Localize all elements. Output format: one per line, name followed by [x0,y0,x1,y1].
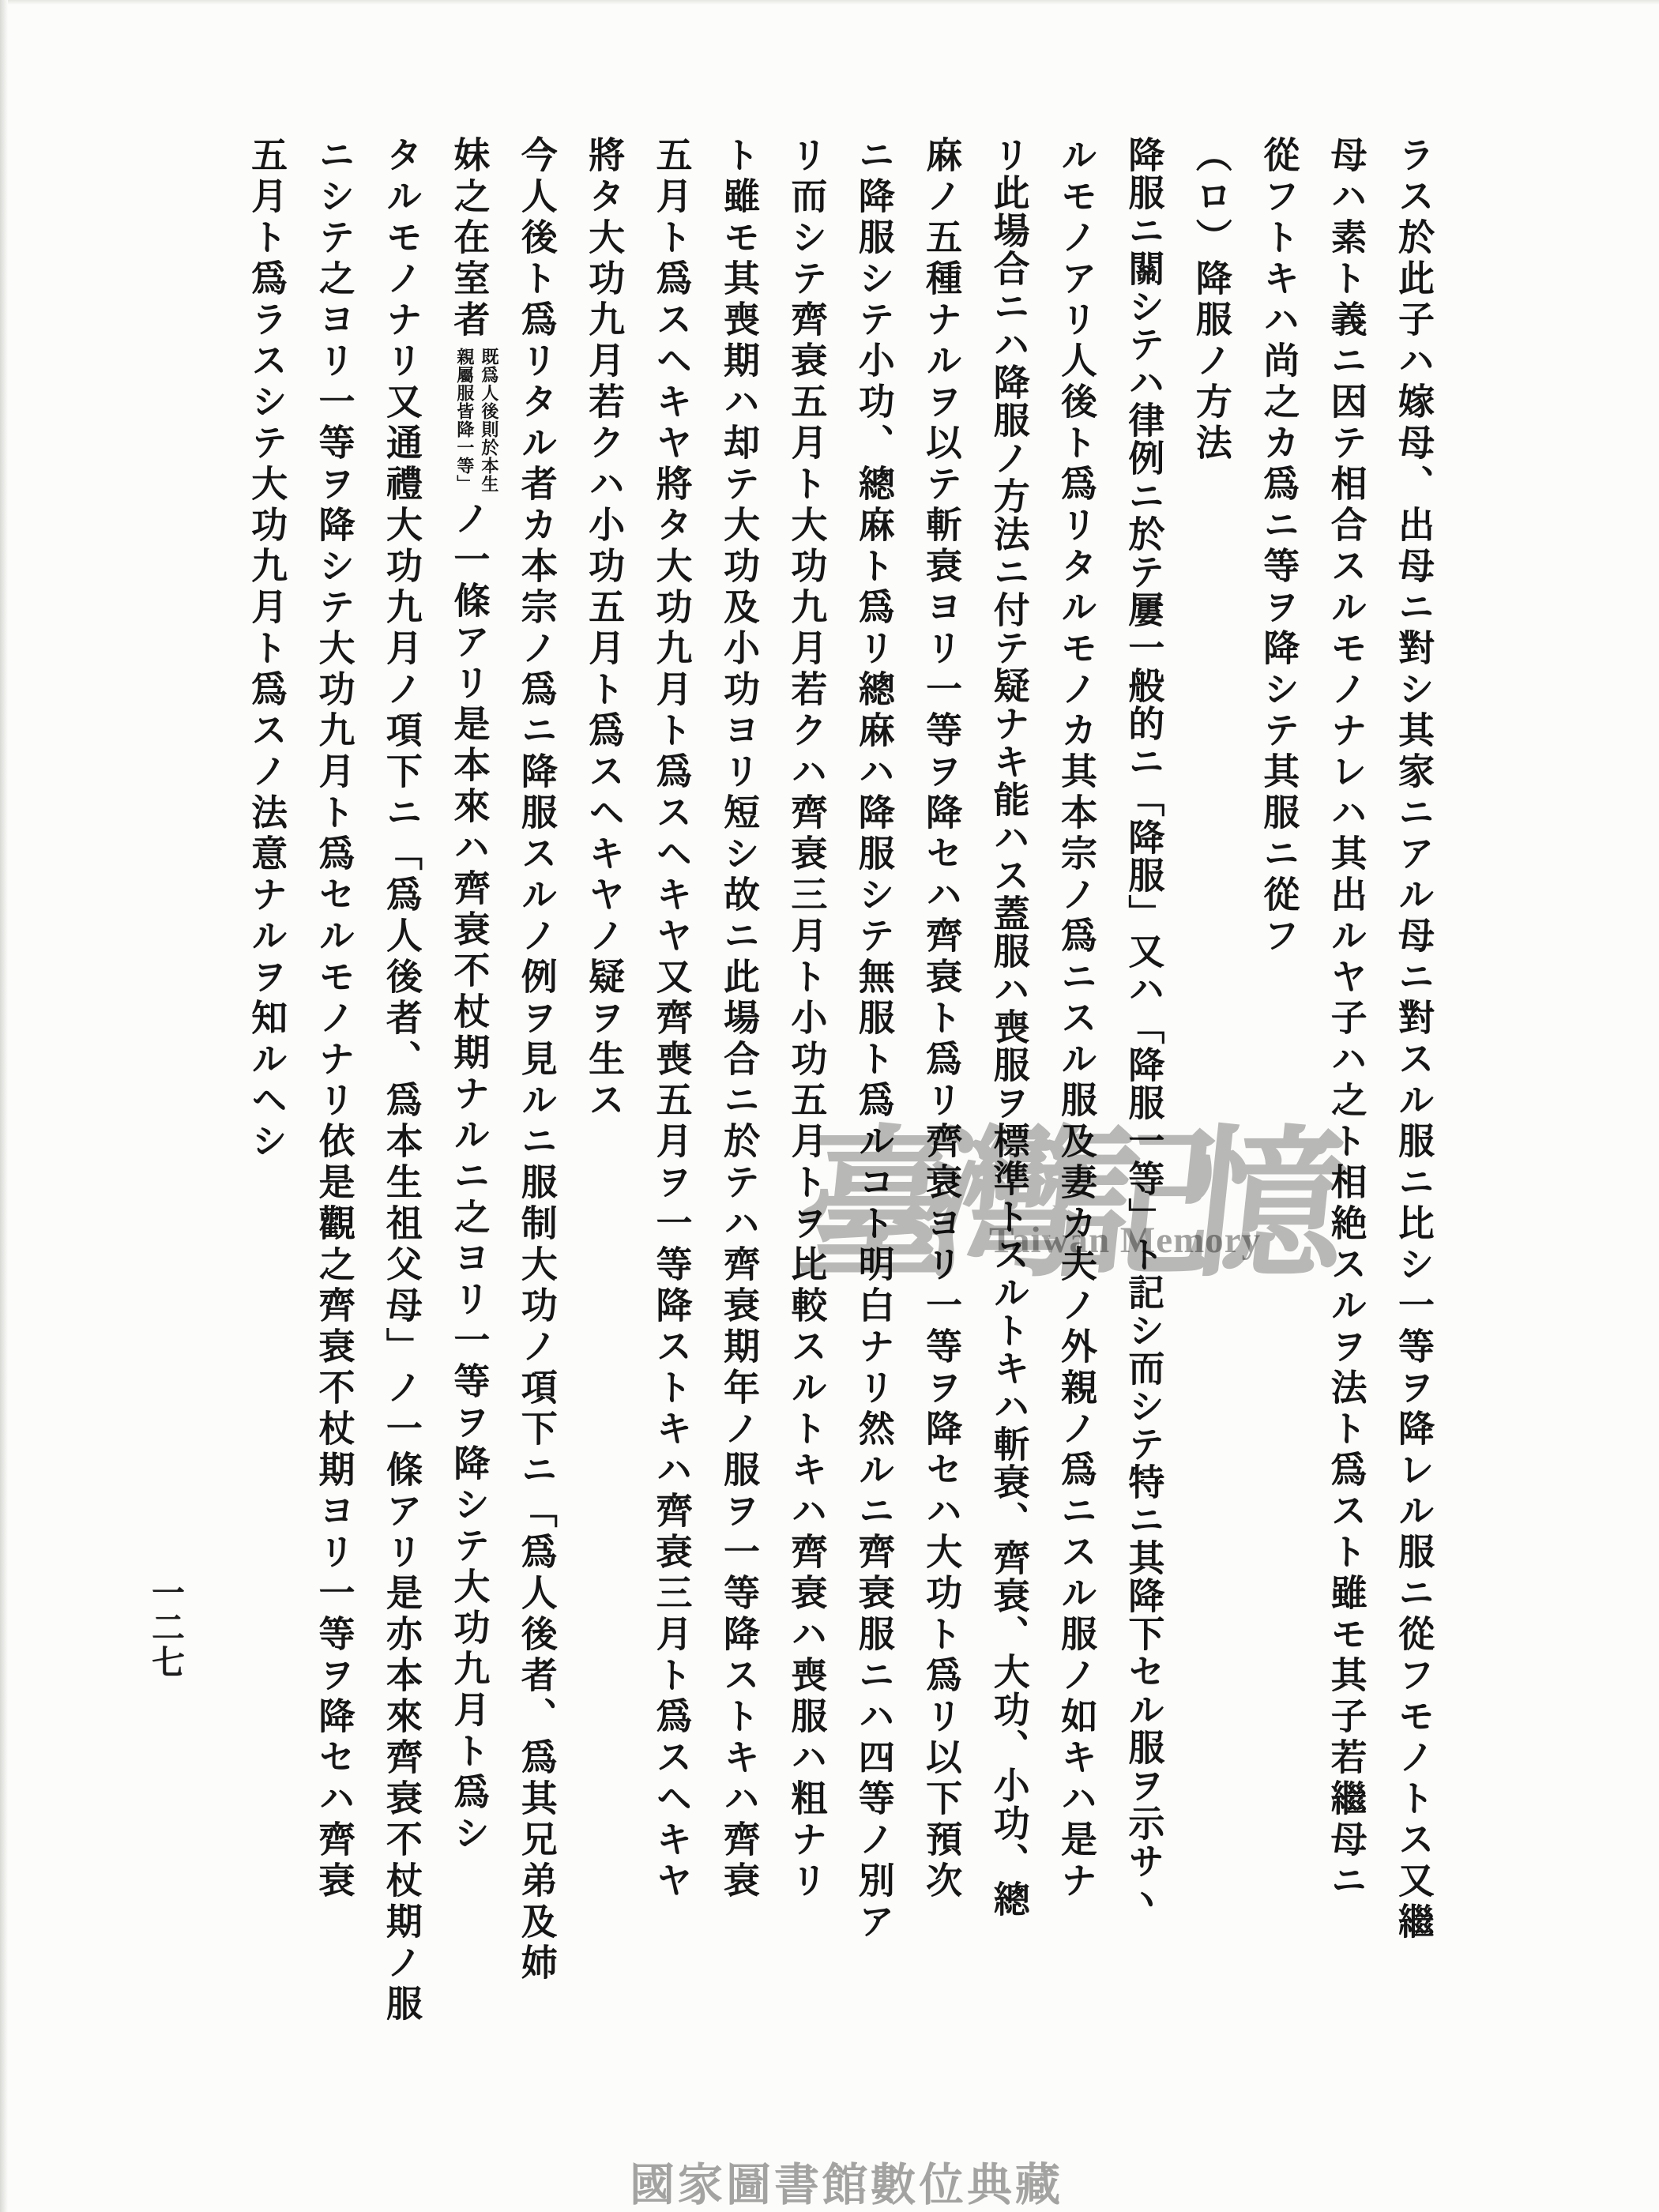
interlinear-note: 既爲人後則於本生親屬服皆降一等」 [453,348,502,493]
text-column-11: ト雖モ其喪期ハ却テ大功及小功ヨリ短シ故ニ此場合ニ於テハ齊衰期年ノ服ヲ一等降ストキ… [705,136,773,2123]
taiwan-memory-watermark-latin: Taiwan Memory [989,1219,1261,1262]
national-central-library-watermark: 國家圖書館數位典藏 [630,2149,1063,2212]
scan-edge-top [0,0,1659,5]
taiwan-memory-watermark-cjk: 臺灣記憶 [787,1074,1326,1307]
text-column-16: タルモノナリ又通禮大功九月ノ項下ニ「爲人後者、爲本生祖父母」ノ一條アリ是亦本來齊… [368,136,435,2123]
interlinear-note-line-2: 親屬服皆降一等」 [453,348,477,493]
column-15-post: ノ一條アリ是本來ハ齊衰不杖期ナルニ之ヨリ一等ヲ降シテ大功九月ト爲シ [449,499,489,1855]
page-number: 一二七 [147,1575,183,1680]
text-column-1: ラス於此子ハ嫁母、出母ニ對シ其家ニアル母ニ對スル服ニ比シ一等ヲ降レル服ニ從フモノ… [1380,136,1447,2123]
interlinear-note-line-1: 既爲人後則於本生 [477,348,502,493]
text-column-12: 五月ト爲スヘキヤ將タ大功九月ト爲スヘキヤ又齊喪五月ヲ一等降ストキハ齊衰三月ト爲ス… [638,136,705,2123]
text-column-18: 五月ト爲ラスシテ大功九月ト爲スノ法意ナルヲ知ルヘシ [233,136,300,2123]
scanned-page: ラス於此子ハ嫁母、出母ニ對シ其家ニアル母ニ對スル服ニ比シ一等ヲ降レル服ニ從フモノ… [0,0,1659,2212]
text-column-13: 將タ大功九月若クハ小功五月ト爲スヘキヤノ疑ヲ生ス [570,136,638,2123]
text-column-17: ニシテ之ヨリ一等ヲ降シテ大功九月ト爲セルモノナリ依是觀之齊衰不杖期ヨリ一等ヲ降セ… [300,136,367,2123]
scan-edge-left [0,0,8,2212]
text-column-15: 妹之在室者既爲人後則於本生親屬服皆降一等」ノ一條アリ是本來ハ齊衰不杖期ナルニ之ヨ… [435,136,502,2123]
text-column-2: 母ハ素ト義ニ因テ相合スルモノナレハ其出ルヤ子ハ之ト相絶スルヲ法ト爲スト雖モ其子若… [1312,136,1379,2123]
text-column-14: 今人後ト爲リタル者カ本宗ノ爲ニ降服スルノ例ヲ見ルニ服制大功ノ項下ニ「爲人後者、爲… [502,136,570,2123]
column-15-pre: 妹之在室者 [449,136,489,341]
